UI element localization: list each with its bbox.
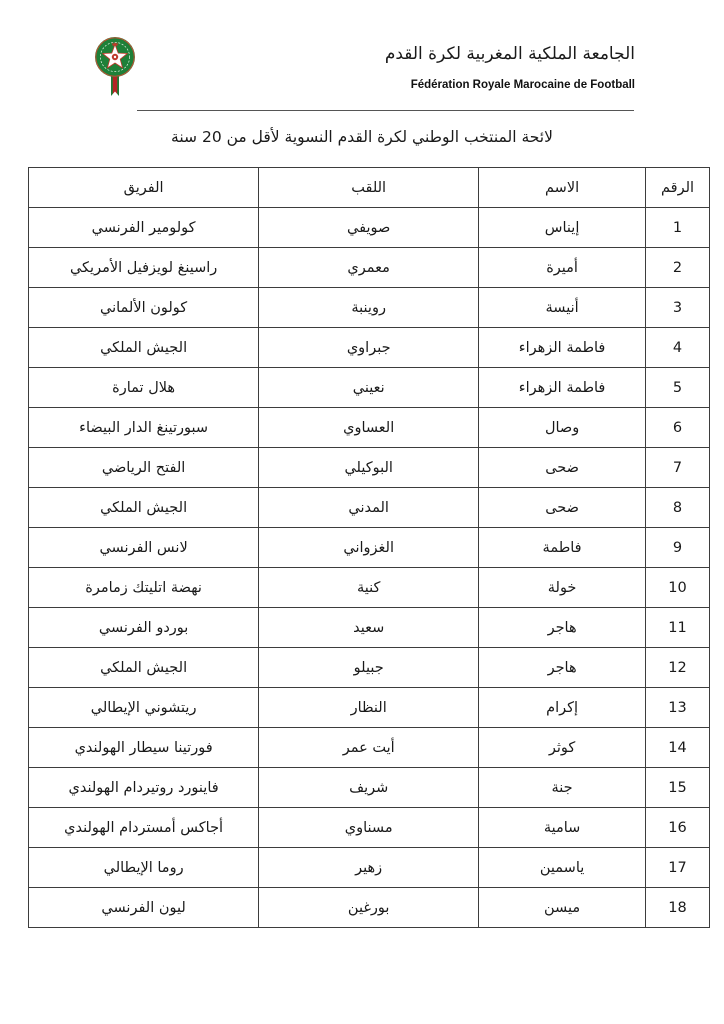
table-row: 17 ياسمين زهير روما الإيطالي [29, 848, 710, 888]
document-page: الجامعة الملكية المغربية لكرة القدم Fédé… [0, 0, 724, 1024]
table-row: 12 هاجر جبيلو الجيش الملكي [29, 648, 710, 688]
player-name: إكرام [479, 688, 646, 728]
player-surname: كنية [259, 568, 479, 608]
player-name: جنة [479, 768, 646, 808]
player-number: 12 [646, 648, 710, 688]
table-row: 11 هاجر سعيد بوردو الفرنسي [29, 608, 710, 648]
player-team: فاينورد روتيردام الهولندي [29, 768, 259, 808]
player-name: هاجر [479, 608, 646, 648]
player-surname: النظار [259, 688, 479, 728]
player-team: ريتشوني الإيطالي [29, 688, 259, 728]
player-number: 11 [646, 608, 710, 648]
player-surname: مسناوي [259, 808, 479, 848]
player-surname: جبراوي [259, 328, 479, 368]
player-team: راسينغ لويزفيل الأمريكي [29, 248, 259, 288]
player-name: كوثر [479, 728, 646, 768]
org-name-french: Fédération Royale Marocaine de Football [385, 79, 635, 91]
player-team: أجاكس أمستردام الهولندي [29, 808, 259, 848]
player-surname: بورغين [259, 888, 479, 928]
player-surname: صويفي [259, 208, 479, 248]
player-number: 6 [646, 408, 710, 448]
player-surname: زهير [259, 848, 479, 888]
player-name: خولة [479, 568, 646, 608]
player-surname: نعيني [259, 368, 479, 408]
player-team: فورتينا سيطار الهولندي [29, 728, 259, 768]
player-name: ضحى [479, 448, 646, 488]
table-row: 6 وصال العساوي سبورتينغ الدار البيضاء [29, 408, 710, 448]
table-row: 14 كوثر أيت عمر فورتينا سيطار الهولندي [29, 728, 710, 768]
table-row: 3 أنيسة روينبة كولون الألماني [29, 288, 710, 328]
player-number: 14 [646, 728, 710, 768]
player-number: 16 [646, 808, 710, 848]
player-number: 7 [646, 448, 710, 488]
roster-table: الرقم الاسم اللقب الفريق 1 إيناس صويفي ك… [28, 167, 710, 928]
player-surname: البوكيلي [259, 448, 479, 488]
player-surname: شريف [259, 768, 479, 808]
player-number: 5 [646, 368, 710, 408]
player-number: 17 [646, 848, 710, 888]
player-number: 13 [646, 688, 710, 728]
table-row: 13 إكرام النظار ريتشوني الإيطالي [29, 688, 710, 728]
player-name: فاطمة الزهراء [479, 368, 646, 408]
player-team: لانس الفرنسي [29, 528, 259, 568]
player-name: ضحى [479, 488, 646, 528]
table-row: 4 فاطمة الزهراء جبراوي الجيش الملكي [29, 328, 710, 368]
player-team: روما الإيطالي [29, 848, 259, 888]
player-team: كولون الألماني [29, 288, 259, 328]
table-row: 18 ميسن بورغين ليون الفرنسي [29, 888, 710, 928]
player-name: ياسمين [479, 848, 646, 888]
player-number: 15 [646, 768, 710, 808]
table-row: 9 فاطمة الغزواني لانس الفرنسي [29, 528, 710, 568]
player-number: 8 [646, 488, 710, 528]
column-header-number: الرقم [646, 168, 710, 208]
player-name: هاجر [479, 648, 646, 688]
table-row: 10 خولة كنية نهضة اتليتك زمامرة [29, 568, 710, 608]
player-team: نهضة اتليتك زمامرة [29, 568, 259, 608]
player-surname: العساوي [259, 408, 479, 448]
player-team: كولومير الفرنسي [29, 208, 259, 248]
player-surname: المدني [259, 488, 479, 528]
table-row: 8 ضحى المدني الجيش الملكي [29, 488, 710, 528]
player-team: سبورتينغ الدار البيضاء [29, 408, 259, 448]
player-name: أنيسة [479, 288, 646, 328]
player-name: سامية [479, 808, 646, 848]
org-name-arabic: الجامعة الملكية المغربية لكرة القدم [385, 44, 635, 64]
player-team: الجيش الملكي [29, 328, 259, 368]
table-row: 2 أميرة معمري راسينغ لويزفيل الأمريكي [29, 248, 710, 288]
header: الجامعة الملكية المغربية لكرة القدم Fédé… [385, 44, 635, 91]
column-header-team: الفريق [29, 168, 259, 208]
player-surname: سعيد [259, 608, 479, 648]
player-team: الجيش الملكي [29, 488, 259, 528]
table-row: 7 ضحى البوكيلي الفتح الرياضي [29, 448, 710, 488]
player-surname: جبيلو [259, 648, 479, 688]
player-name: فاطمة [479, 528, 646, 568]
document-title: لائحة المنتخب الوطني لكرة القدم النسوية … [0, 128, 724, 146]
player-number: 2 [646, 248, 710, 288]
player-name: فاطمة الزهراء [479, 328, 646, 368]
table-row: 16 سامية مسناوي أجاكس أمستردام الهولندي [29, 808, 710, 848]
player-surname: أيت عمر [259, 728, 479, 768]
player-team: الفتح الرياضي [29, 448, 259, 488]
table-row: 5 فاطمة الزهراء نعيني هلال تمارة [29, 368, 710, 408]
player-number: 10 [646, 568, 710, 608]
player-name: ميسن [479, 888, 646, 928]
player-name: وصال [479, 408, 646, 448]
header-divider [137, 110, 634, 111]
player-number: 9 [646, 528, 710, 568]
player-team: ليون الفرنسي [29, 888, 259, 928]
player-number: 4 [646, 328, 710, 368]
table-row: 15 جنة شريف فاينورد روتيردام الهولندي [29, 768, 710, 808]
player-number: 18 [646, 888, 710, 928]
player-team: الجيش الملكي [29, 648, 259, 688]
column-header-name: الاسم [479, 168, 646, 208]
column-header-surname: اللقب [259, 168, 479, 208]
table-header-row: الرقم الاسم اللقب الفريق [29, 168, 710, 208]
player-surname: معمري [259, 248, 479, 288]
player-number: 1 [646, 208, 710, 248]
player-team: بوردو الفرنسي [29, 608, 259, 648]
player-surname: الغزواني [259, 528, 479, 568]
player-name: أميرة [479, 248, 646, 288]
frmf-crest-icon [92, 36, 138, 100]
table-row: 1 إيناس صويفي كولومير الفرنسي [29, 208, 710, 248]
player-surname: روينبة [259, 288, 479, 328]
player-number: 3 [646, 288, 710, 328]
player-team: هلال تمارة [29, 368, 259, 408]
player-name: إيناس [479, 208, 646, 248]
